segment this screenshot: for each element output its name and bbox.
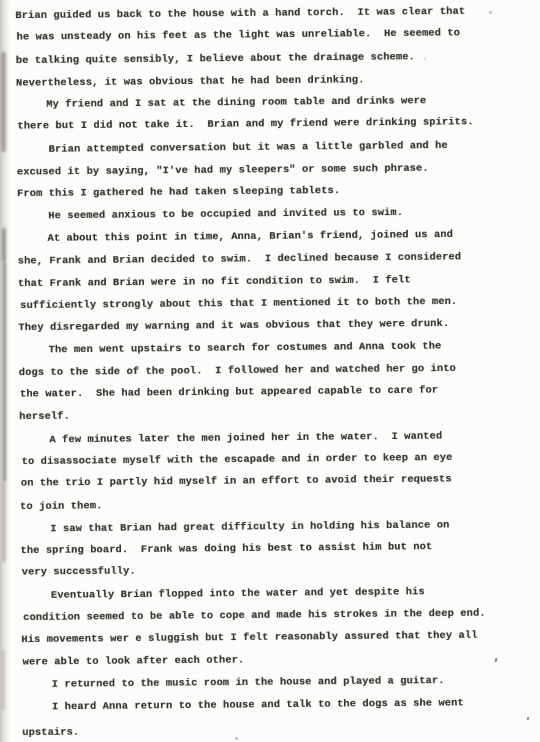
document-text: Brian guided us back to the house with a… <box>15 0 527 742</box>
scan-speck <box>424 58 426 60</box>
text-line: upstairs. <box>22 717 527 742</box>
document-page: Brian guided us back to the house with a… <box>0 0 540 742</box>
scan-smudge <box>2 482 6 562</box>
scan-smudge <box>1 52 6 152</box>
scan-smudge <box>3 262 6 482</box>
scan-speck <box>235 737 238 740</box>
scan-speck <box>489 11 492 14</box>
text-line: I heard Anna return to the house and tal… <box>22 692 527 719</box>
scan-smudge <box>1 650 5 710</box>
scan-speck <box>527 717 530 720</box>
scan-smudge <box>2 228 6 262</box>
